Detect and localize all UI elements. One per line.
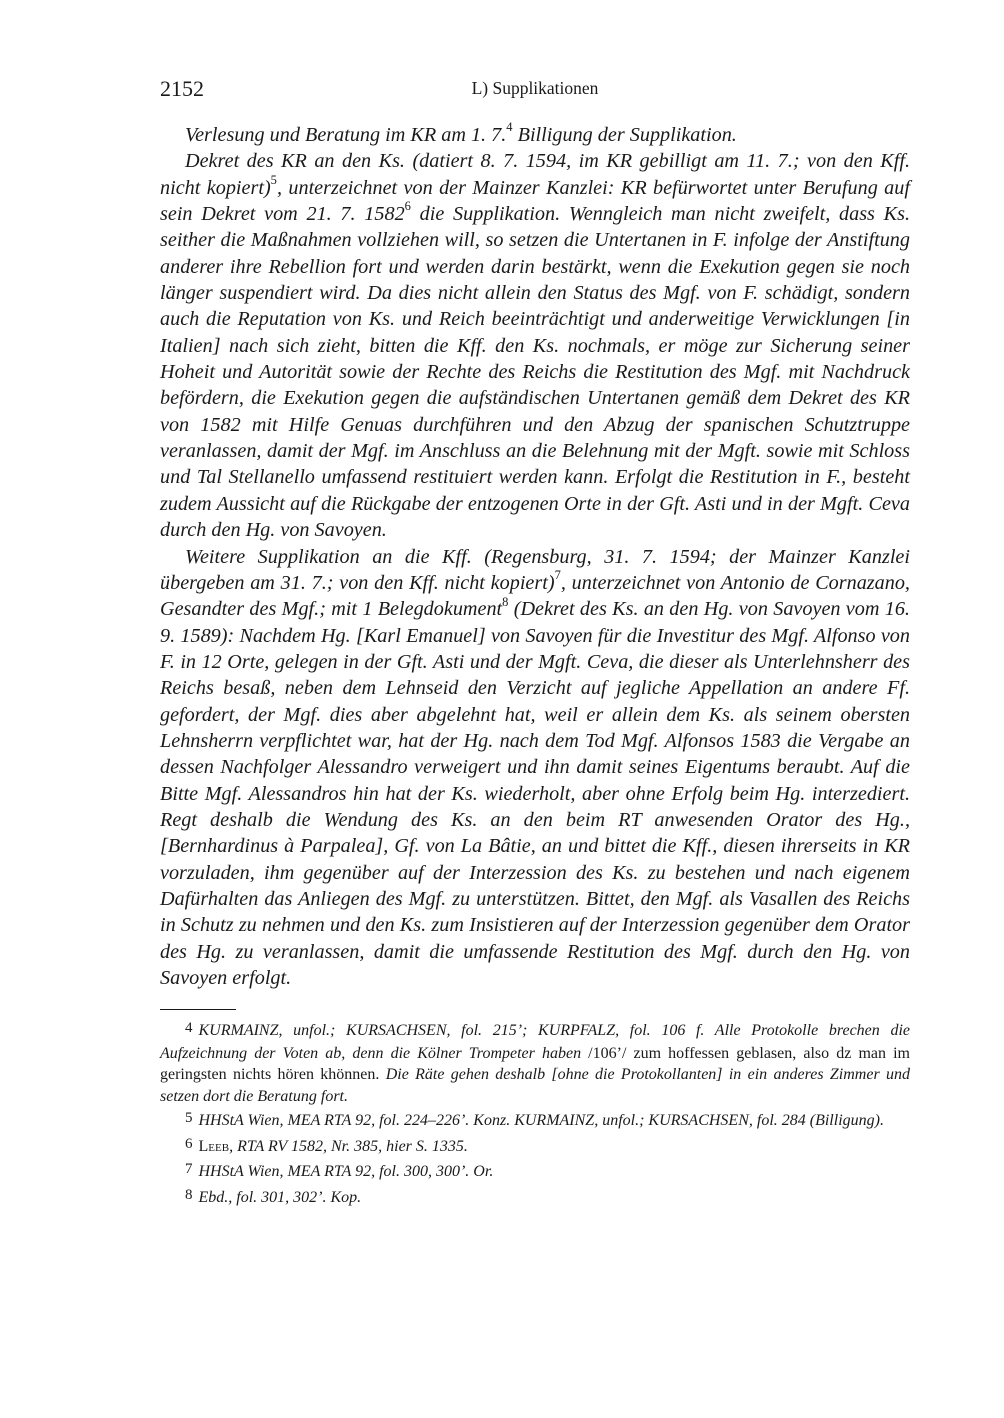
footnote-text: HHStA Wien, MEA RTA 92, fol. 224–226’. K… xyxy=(199,1112,884,1129)
footnote-text: Ebd., fol. 301, 302’. Kop. xyxy=(199,1189,362,1206)
paragraph-text: Verlesung und Beratung im KR am 1. 7. xyxy=(185,124,506,146)
footnote-number: 7 xyxy=(185,1161,193,1177)
footnote-ref-8[interactable]: 8 xyxy=(502,595,508,609)
section-title: L) Supplikationen xyxy=(160,78,910,99)
main-text: Verlesung und Beratung im KR am 1. 7.4 B… xyxy=(160,122,910,991)
paragraph-reading: Verlesung und Beratung im KR am 1. 7.4 B… xyxy=(160,122,910,148)
running-head: 2152 L) Supplikationen xyxy=(160,76,910,108)
footnote-8: 8Ebd., fol. 301, 302’. Kop. xyxy=(160,1187,910,1210)
paragraph-text: (Dekret des Ks. an den Hg. von Savoyen v… xyxy=(160,598,910,989)
footnote-text: , RTA RV 1582, Nr. 385, hier S. 1335. xyxy=(229,1138,468,1155)
footnote-author: Leeb xyxy=(199,1138,230,1155)
footnote-ref-7[interactable]: 7 xyxy=(555,568,561,582)
footnote-number: 8 xyxy=(185,1187,193,1203)
footnote-number: 5 xyxy=(185,1110,193,1126)
footnote-7: 7HHStA Wien, MEA RTA 92, fol. 300, 300’.… xyxy=(160,1161,910,1184)
footnote-ref-5[interactable]: 5 xyxy=(271,173,277,187)
paragraph-decree: Dekret des KR an den Ks. (datiert 8. 7. … xyxy=(160,148,910,543)
footnote-ref-4[interactable]: 4 xyxy=(506,120,512,134)
footnote-ref-6[interactable]: 6 xyxy=(405,199,411,213)
document-page: 2152 L) Supplikationen Verlesung und Ber… xyxy=(160,76,910,1212)
paragraph-supplication: Weitere Supplikation an die Kff. (Regens… xyxy=(160,544,910,992)
footnote-5: 5HHStA Wien, MEA RTA 92, fol. 224–226’. … xyxy=(160,1110,910,1133)
footnote-divider xyxy=(160,1009,236,1010)
footnote-6: 6Leeb, RTA RV 1582, Nr. 385, hier S. 133… xyxy=(160,1136,910,1159)
paragraph-text: Billigung der Supplikation. xyxy=(513,124,737,146)
paragraph-text: die Supplikation. Wenngleich man nicht z… xyxy=(160,203,910,541)
footnotes: 4KURMAINZ, unfol.; KURSACHSEN, fol. 215’… xyxy=(160,1020,910,1209)
footnote-4: 4KURMAINZ, unfol.; KURSACHSEN, fol. 215’… xyxy=(160,1020,910,1107)
footnote-number: 4 xyxy=(185,1020,193,1036)
footnote-text: HHStA Wien, MEA RTA 92, fol. 300, 300’. … xyxy=(199,1163,494,1180)
footnote-number: 6 xyxy=(185,1136,193,1152)
